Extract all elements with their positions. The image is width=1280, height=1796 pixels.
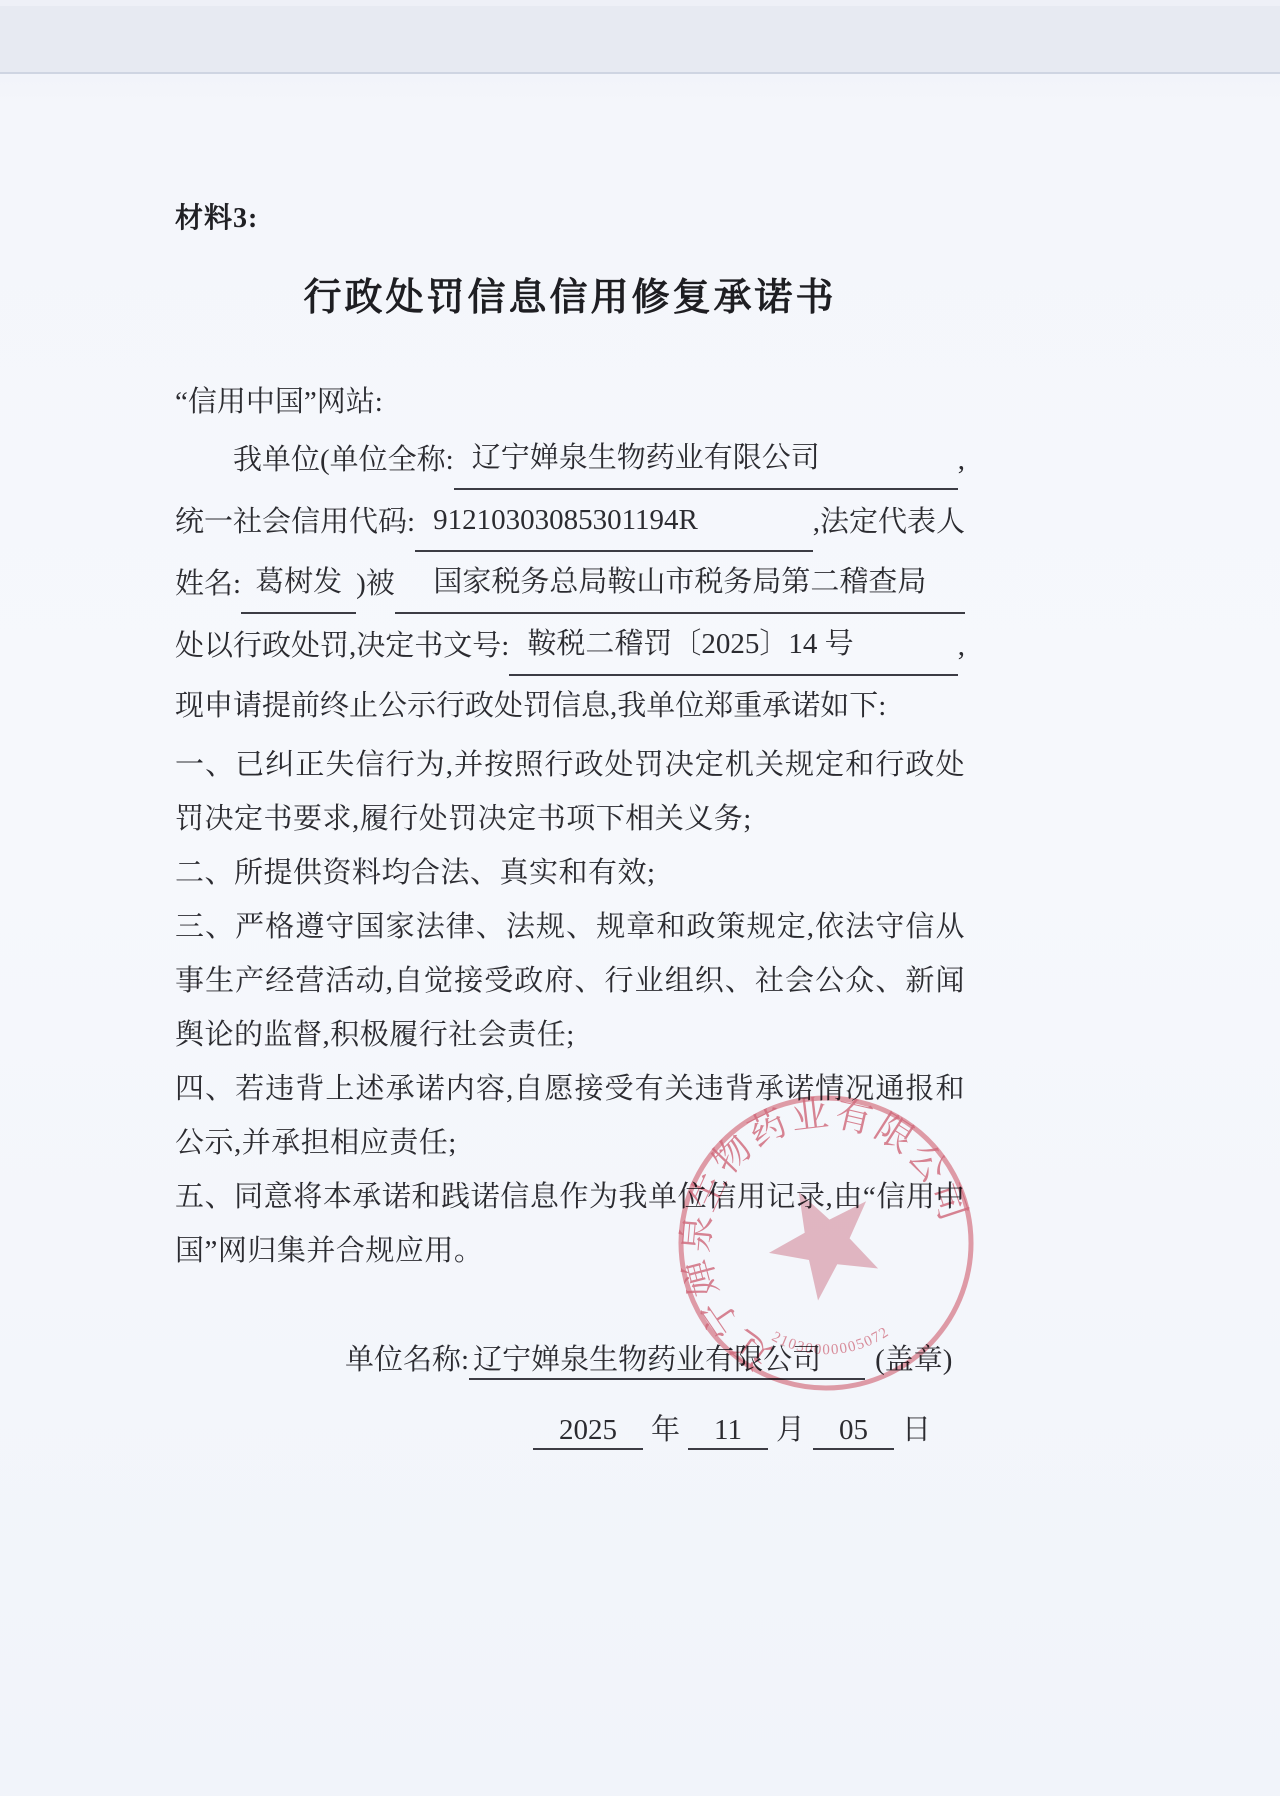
date-year-unit: 年 bbox=[651, 1414, 680, 1446]
intro-paragraph: 我单位(单位全称: 辽宁婵泉生物药业有限公司 , 统一社会信用代码: 91210… bbox=[175, 428, 965, 736]
fill-label-company: 我单位(单位全称: bbox=[233, 430, 454, 490]
fill-value-company-name: 辽宁婵泉生物药业有限公司 bbox=[454, 428, 958, 490]
fill-punct: , bbox=[958, 430, 965, 490]
date-month: 11 bbox=[688, 1414, 768, 1450]
fill-line-credit-code: 统一社会信用代码: 91210303085301194R ,法定代表人 bbox=[175, 490, 965, 552]
document-body: 材料3: 行政处罚信息信用修复承诺书 “信用中国”网站: 我单位(单位全称: 辽… bbox=[175, 196, 965, 1456]
fill-line-company: 我单位(单位全称: 辽宁婵泉生物药业有限公司 , bbox=[175, 428, 965, 490]
scan-artifact-band bbox=[0, 6, 1280, 74]
fill-value-credit-code: 91210303085301194R bbox=[415, 490, 813, 552]
signature-date-line: 2025年11月05日 bbox=[175, 1404, 965, 1456]
fill-line-decision-number: 处以行政处罚,决定书文号: 鞍税二稽罚〔2025〕14 号 , bbox=[175, 614, 965, 676]
fill-label-credit-code: 统一社会信用代码: bbox=[175, 492, 415, 552]
signature-line: 单位名称:辽宁婵泉生物药业有限公司(盖章) bbox=[175, 1334, 965, 1386]
date-day-unit: 日 bbox=[902, 1414, 931, 1446]
fill-label-name: 姓名: bbox=[175, 554, 241, 614]
date-day: 05 bbox=[813, 1414, 894, 1450]
signature-label: 单位名称: bbox=[345, 1344, 469, 1376]
commitment-item-5: 五、同意将本承诺和践诺信息作为我单位信用记录,由“信用中国”网归集并合规应用。 bbox=[175, 1170, 965, 1278]
seal-note: (盖章) bbox=[865, 1344, 952, 1376]
date-month-unit: 月 bbox=[776, 1414, 805, 1446]
fill-punct: , bbox=[958, 616, 965, 676]
document-title: 行政处罚信息信用修复承诺书 bbox=[175, 266, 965, 321]
salutation: “信用中国”网站: bbox=[175, 379, 965, 420]
fill-mid-text: )被 bbox=[356, 554, 395, 614]
commitment-item-2: 二、所提供资料均合法、真实和有效; bbox=[175, 846, 965, 900]
fill-value-authority: 国家税务总局鞍山市税务局第二稽查局 bbox=[395, 552, 965, 614]
material-label: 材料3: bbox=[175, 196, 965, 236]
commitment-list: 一、已纠正失信行为,并按照行政处罚决定机关规定和行政处罚决定书要求,履行处罚决定… bbox=[175, 738, 965, 1278]
fill-value-decision-number: 鞍税二稽罚〔2025〕14 号 bbox=[509, 614, 957, 676]
fill-label-legal-rep: ,法定代表人 bbox=[813, 492, 965, 552]
fill-label-decision-number: 处以行政处罚,决定书文号: bbox=[175, 616, 509, 676]
commitment-item-4: 四、若违背上述承诺内容,自愿接受有关违背承诺情况通报和公示,并承担相应责任; bbox=[175, 1062, 965, 1170]
date-year: 2025 bbox=[533, 1414, 643, 1450]
commitment-item-1: 一、已纠正失信行为,并按照行政处罚决定机关规定和行政处罚决定书要求,履行处罚决定… bbox=[175, 738, 965, 846]
signature-block: 单位名称:辽宁婵泉生物药业有限公司(盖章) 2025年11月05日 bbox=[175, 1334, 965, 1456]
fill-line-legal-rep-name: 姓名: 葛树发 )被 国家税务总局鞍山市税务局第二稽查局 bbox=[175, 552, 965, 614]
signature-company-name: 辽宁婵泉生物药业有限公司 bbox=[469, 1344, 865, 1380]
scanned-document-page: 材料3: 行政处罚信息信用修复承诺书 “信用中国”网站: 我单位(单位全称: 辽… bbox=[0, 0, 1280, 1796]
request-statement: 现申请提前终止公示行政处罚信息,我单位郑重承诺如下: bbox=[175, 676, 886, 736]
commitment-item-3: 三、严格遵守国家法律、法规、规章和政策规定,依法守信从事生产经营活动,自觉接受政… bbox=[175, 900, 965, 1062]
fill-line-request: 现申请提前终止公示行政处罚信息,我单位郑重承诺如下: bbox=[175, 676, 965, 736]
fill-value-legal-rep-name: 葛树发 bbox=[241, 552, 356, 614]
